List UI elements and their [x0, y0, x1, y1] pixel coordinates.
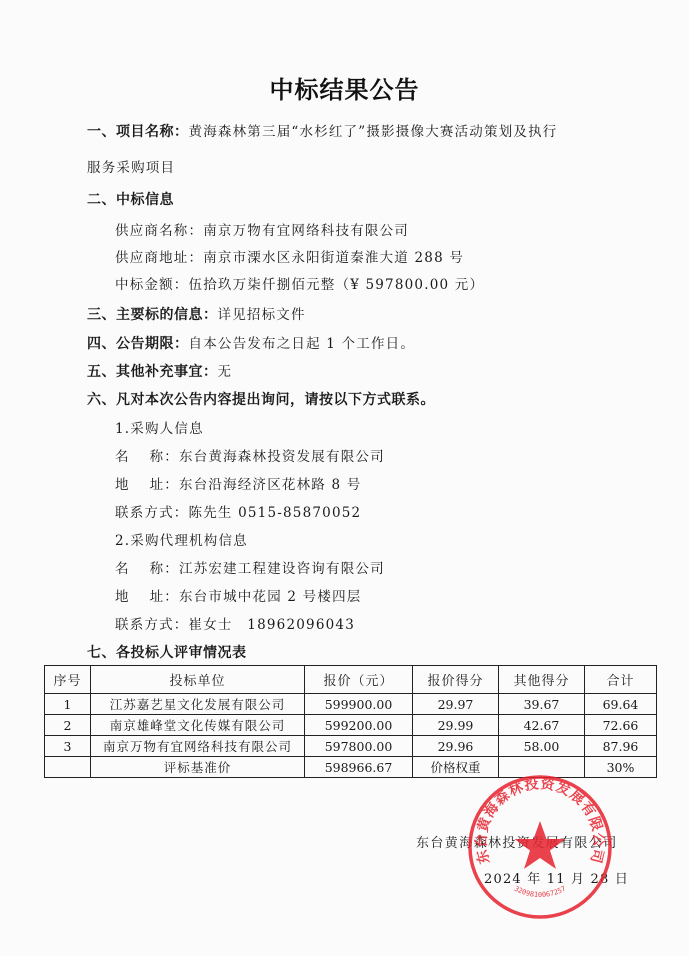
cell-index: 2 — [45, 715, 91, 736]
table-row: 1 江苏嘉艺星文化发展有限公司 599900.00 29.97 39.67 69… — [45, 694, 657, 715]
cell-other-score: 42.67 — [499, 715, 585, 736]
label-part-2: 称： — [150, 557, 179, 577]
evaluation-table: 序号 投标单位 报价（元） 报价得分 其他得分 合计 1 江苏嘉艺星文化发展有限… — [44, 665, 657, 778]
label-part-1: 名 — [115, 449, 130, 465]
supplier-address-label: 供应商地址： — [115, 250, 203, 266]
cell-other-score: 39.67 — [499, 694, 585, 715]
cell-index: 1 — [45, 694, 91, 715]
winning-amount-line: 中标金额：伍拾玖万柒仟捌佰元整（¥ 597800.00 元） — [115, 273, 484, 293]
base-price-label: 评标基准价 — [91, 757, 305, 778]
cell-bidder: 南京雄峰堂文化传媒有限公司 — [91, 715, 305, 736]
main-subject-heading: 三、主要标的信息： — [87, 307, 218, 323]
agency-heading: 2.采购代理机构信息 — [115, 529, 248, 549]
purchaser-name-line: 名称：东台黄海森林投资发展有限公司 — [115, 445, 385, 465]
winning-amount-label: 中标金额： — [115, 277, 189, 293]
col-header-bidder: 投标单位 — [91, 666, 305, 694]
cell-other-score: 58.00 — [499, 736, 585, 757]
cell-price-score: 29.96 — [413, 736, 499, 757]
supplier-name: 南京万物有宜网络科技有限公司 — [203, 223, 409, 239]
cell-bidder: 江苏嘉艺星文化发展有限公司 — [91, 694, 305, 715]
cell-total: 69.64 — [585, 694, 657, 715]
agency-contact-label: 联系方式： — [115, 617, 189, 633]
cell-price-score: 29.97 — [413, 694, 499, 715]
agency-address-line: 地址：东台市城中花园 2 号楼四层 — [115, 585, 361, 605]
col-header-price-score: 报价得分 — [413, 666, 499, 694]
purchaser-contact: 陈先生 0515-85870052 — [189, 505, 362, 521]
cell-empty — [499, 757, 585, 778]
cell-bidder: 南京万物有宜网络科技有限公司 — [91, 736, 305, 757]
cell-price: 599200.00 — [305, 715, 413, 736]
cell-index: 3 — [45, 736, 91, 757]
evaluation-heading: 七、各投标人评审情况表 — [87, 642, 247, 662]
signature-date: 2024 年 11 月 28 日 — [484, 868, 629, 887]
purchaser-name: 东台黄海森林投资发展有限公司 — [179, 449, 385, 465]
purchaser-address-line: 地址：东台沿海经济区花林路 8 号 — [115, 473, 361, 493]
price-weight-value: 30% — [585, 757, 657, 778]
agency-contact: 崔女士 18962096043 — [189, 617, 355, 633]
agency-address: 东台市城中花园 2 号楼四层 — [179, 589, 361, 605]
supplier-address-line: 供应商地址：南京市溧水区永阳街道秦淮大道 288 号 — [115, 246, 464, 266]
page-title: 中标结果公告 — [0, 70, 689, 105]
agency-name-line: 名称：江苏宏建工程建设咨询有限公司 — [115, 557, 385, 577]
label-part-2: 址： — [150, 585, 179, 605]
project-heading: 一、项目名称： — [87, 124, 189, 140]
price-weight-label: 价格权重 — [413, 757, 499, 778]
table-footer-row: 评标基准价 598966.67 价格权重 30% — [45, 757, 657, 778]
cell-price: 599900.00 — [305, 694, 413, 715]
contact-heading: 六、凡对本次公告内容提出询问，请按以下方式联系。 — [87, 389, 435, 409]
cell-empty — [45, 757, 91, 778]
label-part-2: 址： — [150, 473, 179, 493]
supplier-name-label: 供应商名称： — [115, 223, 203, 239]
cell-total: 87.96 — [585, 736, 657, 757]
table-row: 2 南京雄峰堂文化传媒有限公司 599200.00 29.99 42.67 72… — [45, 715, 657, 736]
col-header-price: 报价（元） — [305, 666, 413, 694]
cell-total: 72.66 — [585, 715, 657, 736]
other-matters-heading: 五、其他补充事宜： — [87, 364, 218, 380]
supplier-address: 南京市溧水区永阳街道秦淮大道 288 号 — [203, 250, 464, 266]
main-subject-text: 详见招标文件 — [218, 307, 306, 323]
purchaser-contact-line: 联系方式：陈先生 0515-85870052 — [115, 501, 361, 521]
main-subject-line: 三、主要标的信息：详见招标文件 — [87, 303, 306, 324]
other-matters-text: 无 — [218, 364, 233, 380]
table-row: 3 南京万物有宜网络科技有限公司 597800.00 29.96 58.00 8… — [45, 736, 657, 757]
label-part-1: 地 — [115, 477, 130, 493]
winning-info-heading: 二、中标信息 — [87, 189, 174, 209]
col-header-total: 合计 — [585, 666, 657, 694]
announcement-page: 中标结果公告 一、项目名称：黄海森林第三届“水杉红了”摄影摄像大赛活动策划及执行… — [0, 0, 689, 956]
other-matters-line: 五、其他补充事宜：无 — [87, 360, 232, 381]
signature-org: 东台黄海森林投资发展有限公司 — [416, 832, 618, 851]
cell-price: 597800.00 — [305, 736, 413, 757]
agency-address-label: 地址： — [115, 585, 179, 605]
col-header-other-score: 其他得分 — [499, 666, 585, 694]
label-part-2: 称： — [150, 445, 179, 465]
supplier-name-line: 供应商名称：南京万物有宜网络科技有限公司 — [115, 219, 409, 239]
project-name-line: 一、项目名称：黄海森林第三届“水杉红了”摄影摄像大赛活动策划及执行 — [87, 120, 558, 141]
seal-text: 东台黄海森林投资发展有限公司 — [473, 775, 607, 866]
label-part-1: 地 — [115, 589, 130, 605]
notice-period-text: 自本公告发布之日起 1 个工作日。 — [189, 336, 416, 352]
notice-period-line: 四、公告期限：自本公告发布之日起 1 个工作日。 — [87, 332, 415, 353]
agency-name-label: 名称： — [115, 557, 179, 577]
svg-text:东台黄海森林投资发展有限公司: 东台黄海森林投资发展有限公司 — [473, 775, 607, 866]
winning-amount: 伍拾玖万柒仟捌佰元整（¥ 597800.00 元） — [189, 277, 485, 293]
purchaser-heading: 1.采购人信息 — [115, 417, 204, 437]
col-header-index: 序号 — [45, 666, 91, 694]
purchaser-address-label: 地址： — [115, 473, 179, 493]
purchaser-contact-label: 联系方式： — [115, 505, 189, 521]
base-price-value: 598966.67 — [305, 757, 413, 778]
cell-price-score: 29.99 — [413, 715, 499, 736]
project-name: 黄海森林第三届“水杉红了”摄影摄像大赛活动策划及执行 — [189, 124, 558, 140]
table-header-row: 序号 投标单位 报价（元） 报价得分 其他得分 合计 — [45, 666, 657, 694]
notice-period-heading: 四、公告期限： — [87, 336, 189, 352]
purchaser-name-label: 名称： — [115, 445, 179, 465]
label-part-1: 名 — [115, 561, 130, 577]
purchaser-address: 东台沿海经济区花林路 8 号 — [179, 477, 361, 493]
agency-name: 江苏宏建工程建设咨询有限公司 — [179, 561, 385, 577]
project-name-line-2: 服务采购项目 — [87, 156, 175, 176]
agency-contact-line: 联系方式：崔女士 18962096043 — [115, 613, 355, 633]
